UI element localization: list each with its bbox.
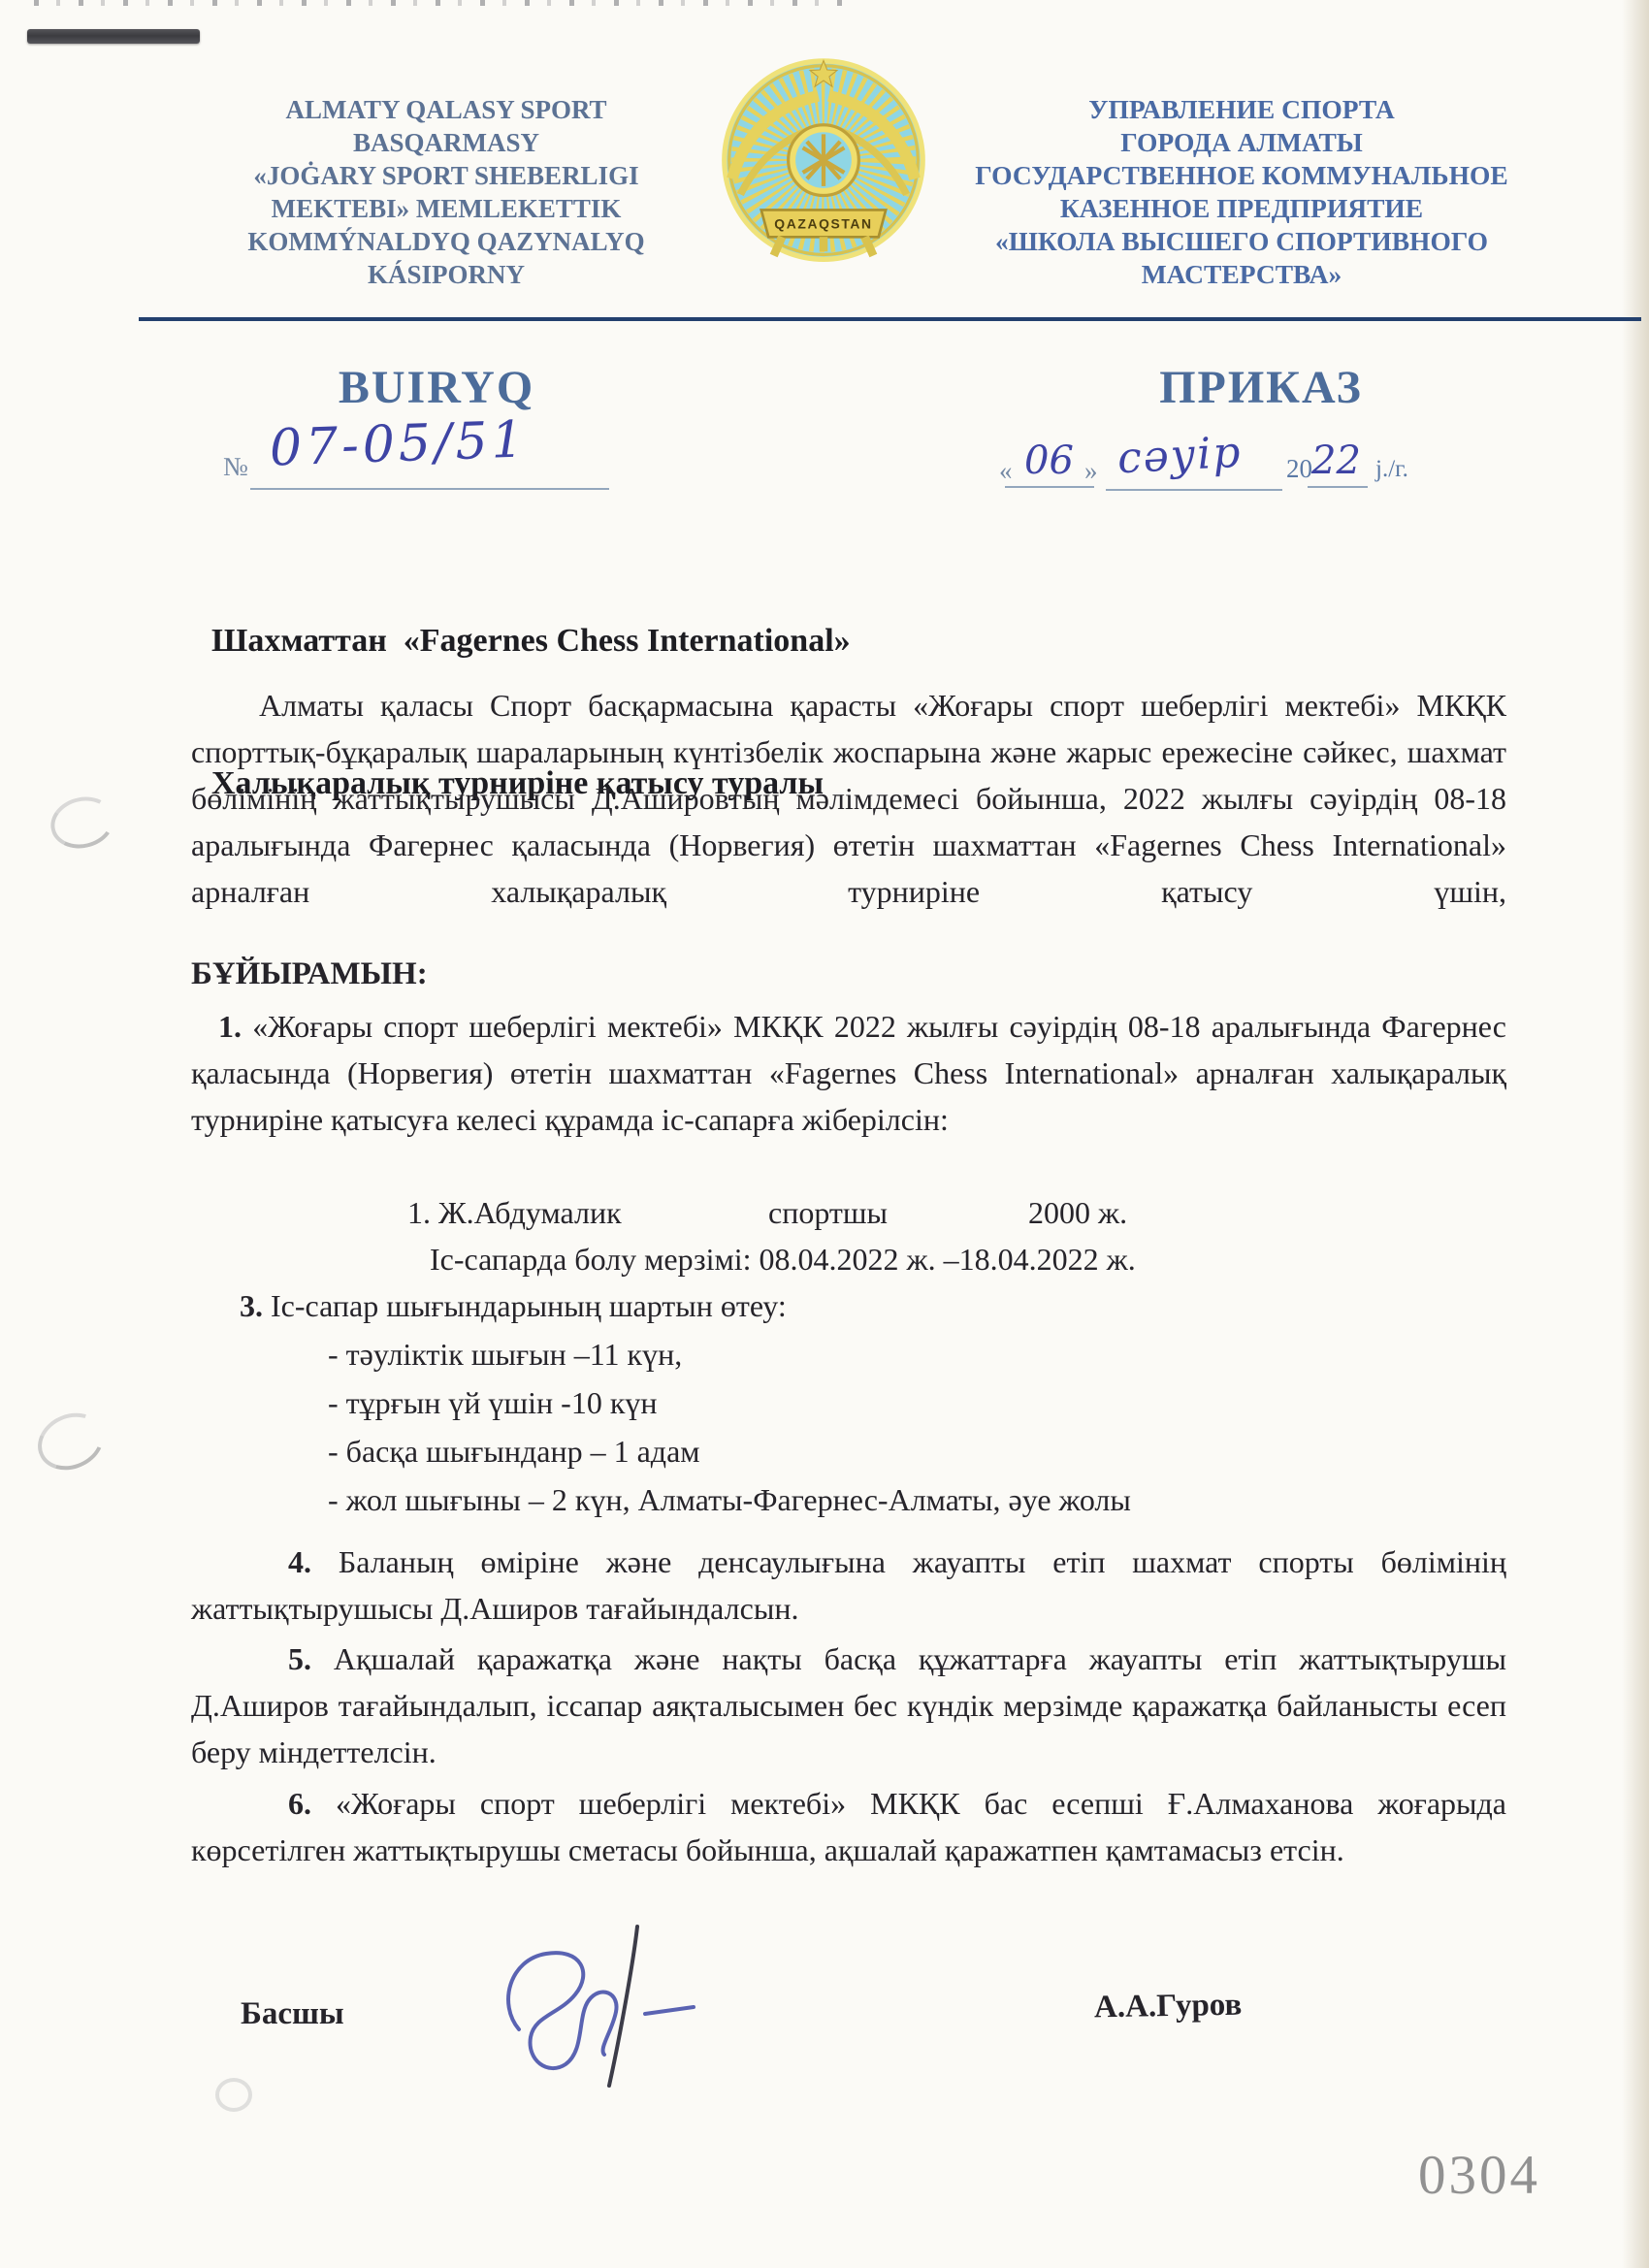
hole-punch-mark [46, 791, 120, 855]
page-number-stamp: 0304 [1418, 2144, 1540, 2207]
item-3-text: Іс-сапар шығындарының шартын өтеу: [271, 1288, 787, 1323]
expense-line: - тұрғын үй үшін -10 күн [328, 1385, 658, 1421]
order-number-handwritten: 07-05/51 [269, 410, 529, 477]
org-name-kazakh-latin: ALMATY QALASY SPORT BASQARMASY «JOĠARY S… [218, 93, 674, 291]
expense-line: - басқа шығынданр – 1 адам [328, 1434, 700, 1470]
item-1-text: «Жоғары спорт шеберлігі мектебі» МКҚК 20… [191, 1009, 1506, 1137]
order-heading-kazakh: BUIRYQ [242, 361, 630, 414]
date-year-prefix: 20 [1286, 454, 1312, 484]
order-item-4: 4. Баланың өміріне және денсаулығына жау… [191, 1539, 1506, 1632]
item-3-number: 3. [240, 1288, 263, 1323]
order-heading-russian: ПРИКАЗ [1067, 361, 1455, 414]
date-open-quote: « [999, 456, 1013, 486]
scanned-order-document: ALMATY QALASY SPORT BASQARMASY «JOĠARY S… [0, 0, 1649, 2268]
signer-position-label: Басшы [241, 1996, 344, 2032]
item-5-number: 5. [288, 1641, 311, 1676]
number-symbol: № [223, 452, 248, 482]
date-close-quote: » [1084, 456, 1098, 486]
item-6-text: «Жоғары спорт шеберлігі мектебі» МКҚК ба… [191, 1786, 1506, 1867]
date-month-handwritten: сәуір [1116, 428, 1244, 484]
order-item-6: 6. «Жоғары спорт шеберлігі мектебі» МКҚК… [191, 1780, 1506, 1873]
item-5-text: Ақшалай қаражатқа және нақты басқа құжат… [191, 1641, 1506, 1769]
participant-index-name: 1. Ж.Абдумалик [407, 1195, 622, 1230]
expense-line: - тәуліктік шығын –11 күн, [328, 1337, 682, 1373]
participant-birth-year: 2000 ж. [1028, 1195, 1127, 1231]
ring-stain-artifact [215, 2078, 252, 2112]
emblem-banner-text: QAZAQSTAN [774, 216, 872, 232]
item-4-number: 4. [288, 1544, 311, 1579]
date-month-underline [1106, 489, 1282, 491]
expense-line: - жол шығыны – 2 күн, Алматы-Фагернес-Ал… [328, 1482, 1131, 1518]
org-name-russian: УПРАВЛЕНИЕ СПОРТА ГОРОДА АЛМАТЫ ГОСУДАРС… [955, 93, 1528, 291]
date-year-underline [1308, 486, 1368, 488]
date-day-handwritten: 06 [1024, 438, 1074, 483]
participant-row: 1. Ж.Абдумалик спортшы 2000 ж. [407, 1195, 622, 1231]
item-1-number: 1. [218, 1009, 242, 1044]
order-item-5: 5. Ақшалай қаражатқа және нақты басқа құ… [191, 1636, 1506, 1775]
signature-ink [490, 1923, 732, 2097]
order-item-3: 3. Іс-сапар шығындарының шартын өтеу: [240, 1288, 787, 1324]
page-edge-shadow [1622, 0, 1649, 2268]
scan-noise-strip [34, 0, 844, 6]
number-underline [250, 488, 609, 490]
item-6-number: 6. [288, 1786, 311, 1821]
signer-name: А.А.Гуров [1094, 1988, 1243, 2026]
date-year-handwritten: 22 [1311, 438, 1361, 483]
title-line-1: Шахматтан «Fagernes Chess International» [211, 617, 1278, 664]
letterhead-divider-line [139, 317, 1641, 321]
binder-tab-artifact [27, 29, 200, 44]
kazakhstan-coat-of-arms: QAZAQSTAN [720, 54, 927, 282]
participant-role: спортшы [768, 1195, 888, 1231]
date-day-underline [1005, 486, 1094, 488]
date-year-suffix: j./г. [1375, 456, 1408, 483]
order-item-1: 1. «Жоғары спорт шеберлігі мектебі» МКҚК… [191, 1003, 1506, 1143]
hole-punch-mark [29, 1403, 113, 1480]
intro-paragraph: Алматы қаласы Спорт басқармасына қарасты… [191, 682, 1506, 915]
trip-duration-line: Іс-сапарда болу мерзімі: 08.04.2022 ж. –… [430, 1242, 1136, 1278]
resolve-word: БҰЙЫРАМЫН: [191, 956, 428, 992]
item-4-text: Баланың өміріне және денсаулығына жауапт… [191, 1544, 1506, 1626]
